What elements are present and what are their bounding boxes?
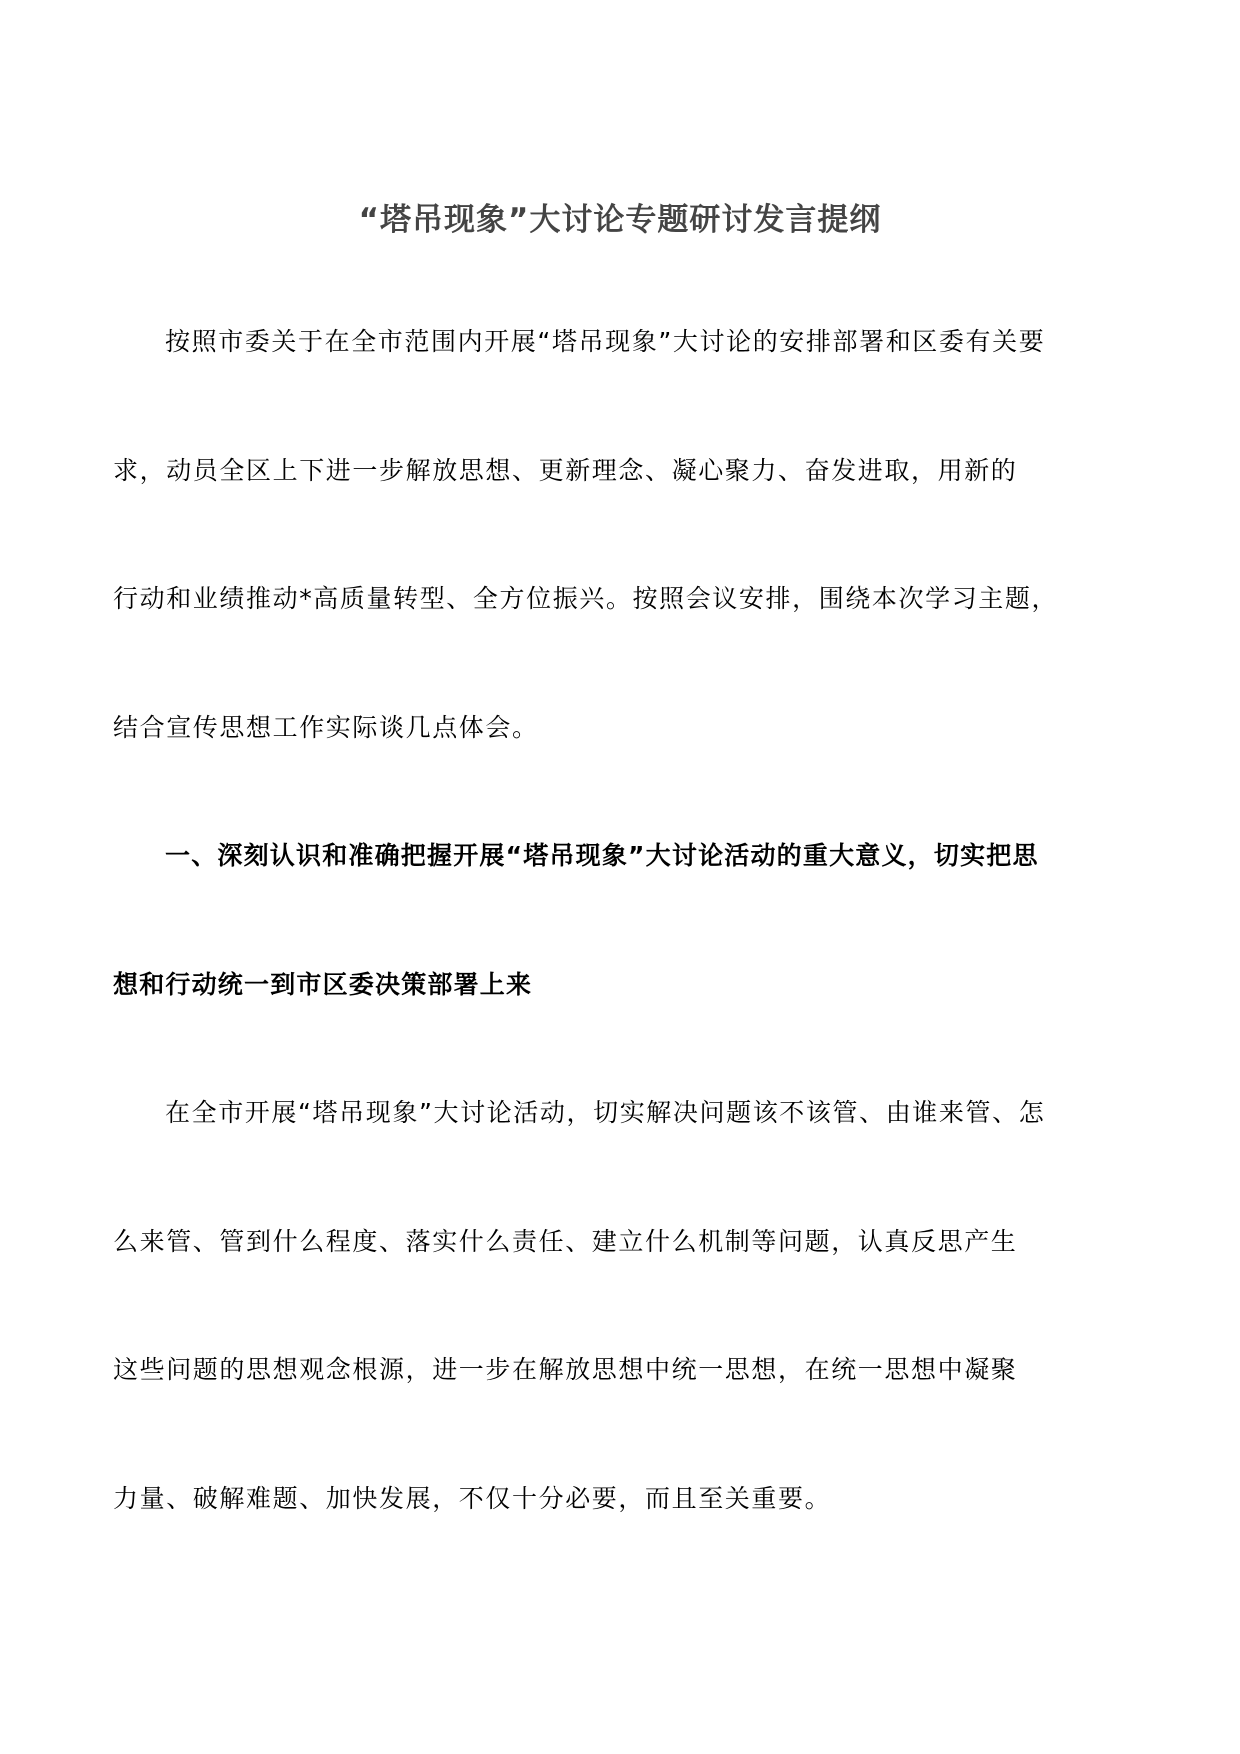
paragraph-intro: 按照市委关于在全市范围内开展“塔吊现象”大讨论的安排部署和区委有关要 求，动员全… — [113, 320, 1128, 834]
text-line: 行动和业绩推动*高质量转型、全方位振兴。按照会议安排，围绕本次学习主题， — [113, 577, 1128, 706]
heading-line: 想和行动统一到市区委决策部署上来 — [113, 963, 1128, 1092]
text-line: 么来管、管到什么程度、落实什么责任、建立什么机制等问题，认真反思产生 — [113, 1220, 1128, 1349]
text-line: 力量、破解难题、加快发展，不仅十分必要，而且至关重要。 — [113, 1477, 1128, 1606]
text-line: 这些问题的思想观念根源，进一步在解放思想中统一思想，在统一思想中凝聚 — [113, 1348, 1128, 1477]
text-line: 按照市委关于在全市范围内开展“塔吊现象”大讨论的安排部署和区委有关要 — [113, 320, 1128, 449]
document-body: 按照市委关于在全市范围内开展“塔吊现象”大讨论的安排部署和区委有关要 求，动员全… — [113, 320, 1128, 1605]
section-heading-1: 一、深刻认识和准确把握开展“塔吊现象”大讨论活动的重大意义，切实把思 想和行动统… — [113, 834, 1128, 1091]
text-line: 在全市开展“塔吊现象”大讨论活动，切实解决问题该不该管、由谁来管、怎 — [113, 1091, 1128, 1220]
text-line: 结合宣传思想工作实际谈几点体会。 — [113, 706, 1128, 835]
heading-line: 一、深刻认识和准确把握开展“塔吊现象”大讨论活动的重大意义，切实把思 — [113, 834, 1128, 963]
text-line: 求，动员全区上下进一步解放思想、更新理念、凝心聚力、奋发进取，用新的 — [113, 449, 1128, 578]
document-title: “塔吊现象”大讨论专题研讨发言提纲 — [0, 198, 1240, 242]
document-page: “塔吊现象”大讨论专题研讨发言提纲 按照市委关于在全市范围内开展“塔吊现象”大讨… — [0, 0, 1240, 1754]
paragraph-section-1: 在全市开展“塔吊现象”大讨论活动，切实解决问题该不该管、由谁来管、怎 么来管、管… — [113, 1091, 1128, 1605]
